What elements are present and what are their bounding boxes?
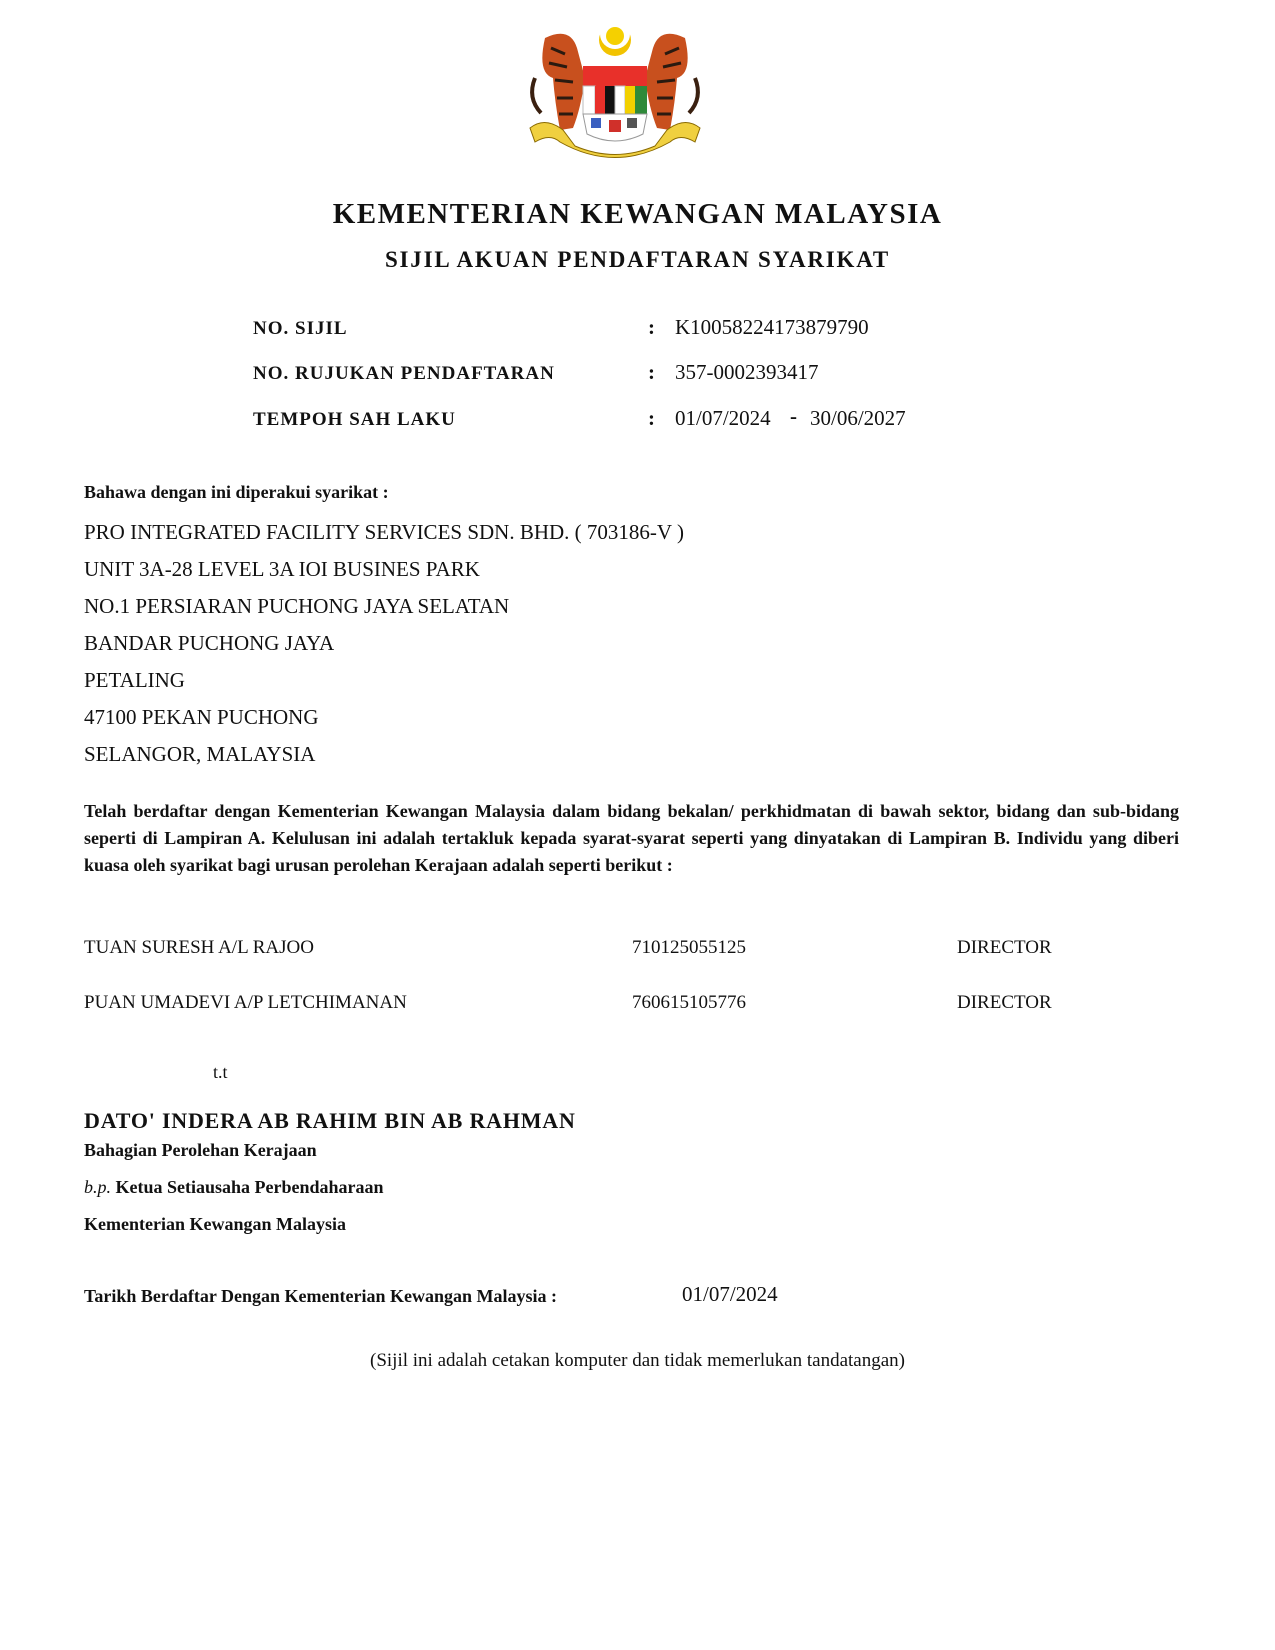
validity-separator: - — [790, 404, 797, 429]
person-name: TUAN SURESH A/L RAJOO — [84, 937, 314, 959]
validity-period-label: TEMPOH SAH LAKU — [253, 409, 456, 431]
registration-reference-colon: : — [648, 360, 655, 385]
computer-generated-note: (Sijil ini adalah cetakan komputer dan t… — [0, 1350, 1275, 1372]
registration-date-value: 01/07/2024 — [682, 1282, 778, 1307]
person-id: 760615105776 — [632, 992, 746, 1014]
registration-reference-value: 357-0002393417 — [675, 360, 819, 385]
certificate-number-label: NO. SIJIL — [253, 318, 348, 340]
malaysia-coat-of-arms-icon — [515, 18, 715, 173]
certificate-number-value: K10058224173879790 — [675, 315, 869, 340]
on-behalf-of: Ketua Setiausaha Perbendaharaan — [116, 1177, 384, 1197]
company-name: PRO INTEGRATED FACILITY SERVICES SDN. BH… — [84, 520, 684, 545]
signer-division: Bahagian Perolehan Kerajaan — [84, 1140, 317, 1161]
certificate-number-colon: : — [648, 315, 655, 340]
registration-date-label: Tarikh Berdaftar Dengan Kementerian Kewa… — [84, 1286, 557, 1307]
signer-name: DATO' INDERA AB RAHIM BIN AB RAHMAN — [84, 1108, 576, 1134]
bp-prefix: b.p. — [84, 1177, 111, 1197]
person-position: DIRECTOR — [957, 992, 1052, 1014]
certificate-title: SIJIL AKUAN PENDAFTARAN SYARIKAT — [0, 247, 1275, 273]
ministry-title: KEMENTERIAN KEWANGAN MALAYSIA — [0, 198, 1275, 231]
person-name: PUAN UMADEVI A/P LETCHIMANAN — [84, 992, 407, 1014]
company-address-line: BANDAR PUCHONG JAYA — [84, 631, 334, 656]
registration-reference-label: NO. RUJUKAN PENDAFTARAN — [253, 363, 555, 385]
signed-marker: t.t — [213, 1062, 228, 1083]
company-address-line: PETALING — [84, 668, 185, 693]
validity-period-colon: : — [648, 406, 655, 431]
certification-intro: Bahawa dengan ini diperakui syarikat : — [84, 482, 389, 503]
company-address-line: NO.1 PERSIARAN PUCHONG JAYA SELATAN — [84, 594, 509, 619]
company-address-line: 47100 PEKAN PUCHONG — [84, 705, 319, 730]
registration-statement: Telah berdaftar dengan Kementerian Kewan… — [84, 798, 1179, 879]
signer-ministry: Kementerian Kewangan Malaysia — [84, 1214, 346, 1235]
person-id: 710125055125 — [632, 937, 746, 959]
signer-on-behalf: b.p. Ketua Setiausaha Perbendaharaan — [84, 1177, 384, 1198]
person-position: DIRECTOR — [957, 937, 1052, 959]
validity-end-date: 30/06/2027 — [810, 406, 906, 431]
company-address-line: SELANGOR, MALAYSIA — [84, 742, 315, 767]
company-address-line: UNIT 3A-28 LEVEL 3A IOI BUSINES PARK — [84, 557, 480, 582]
validity-start-date: 01/07/2024 — [675, 406, 771, 431]
